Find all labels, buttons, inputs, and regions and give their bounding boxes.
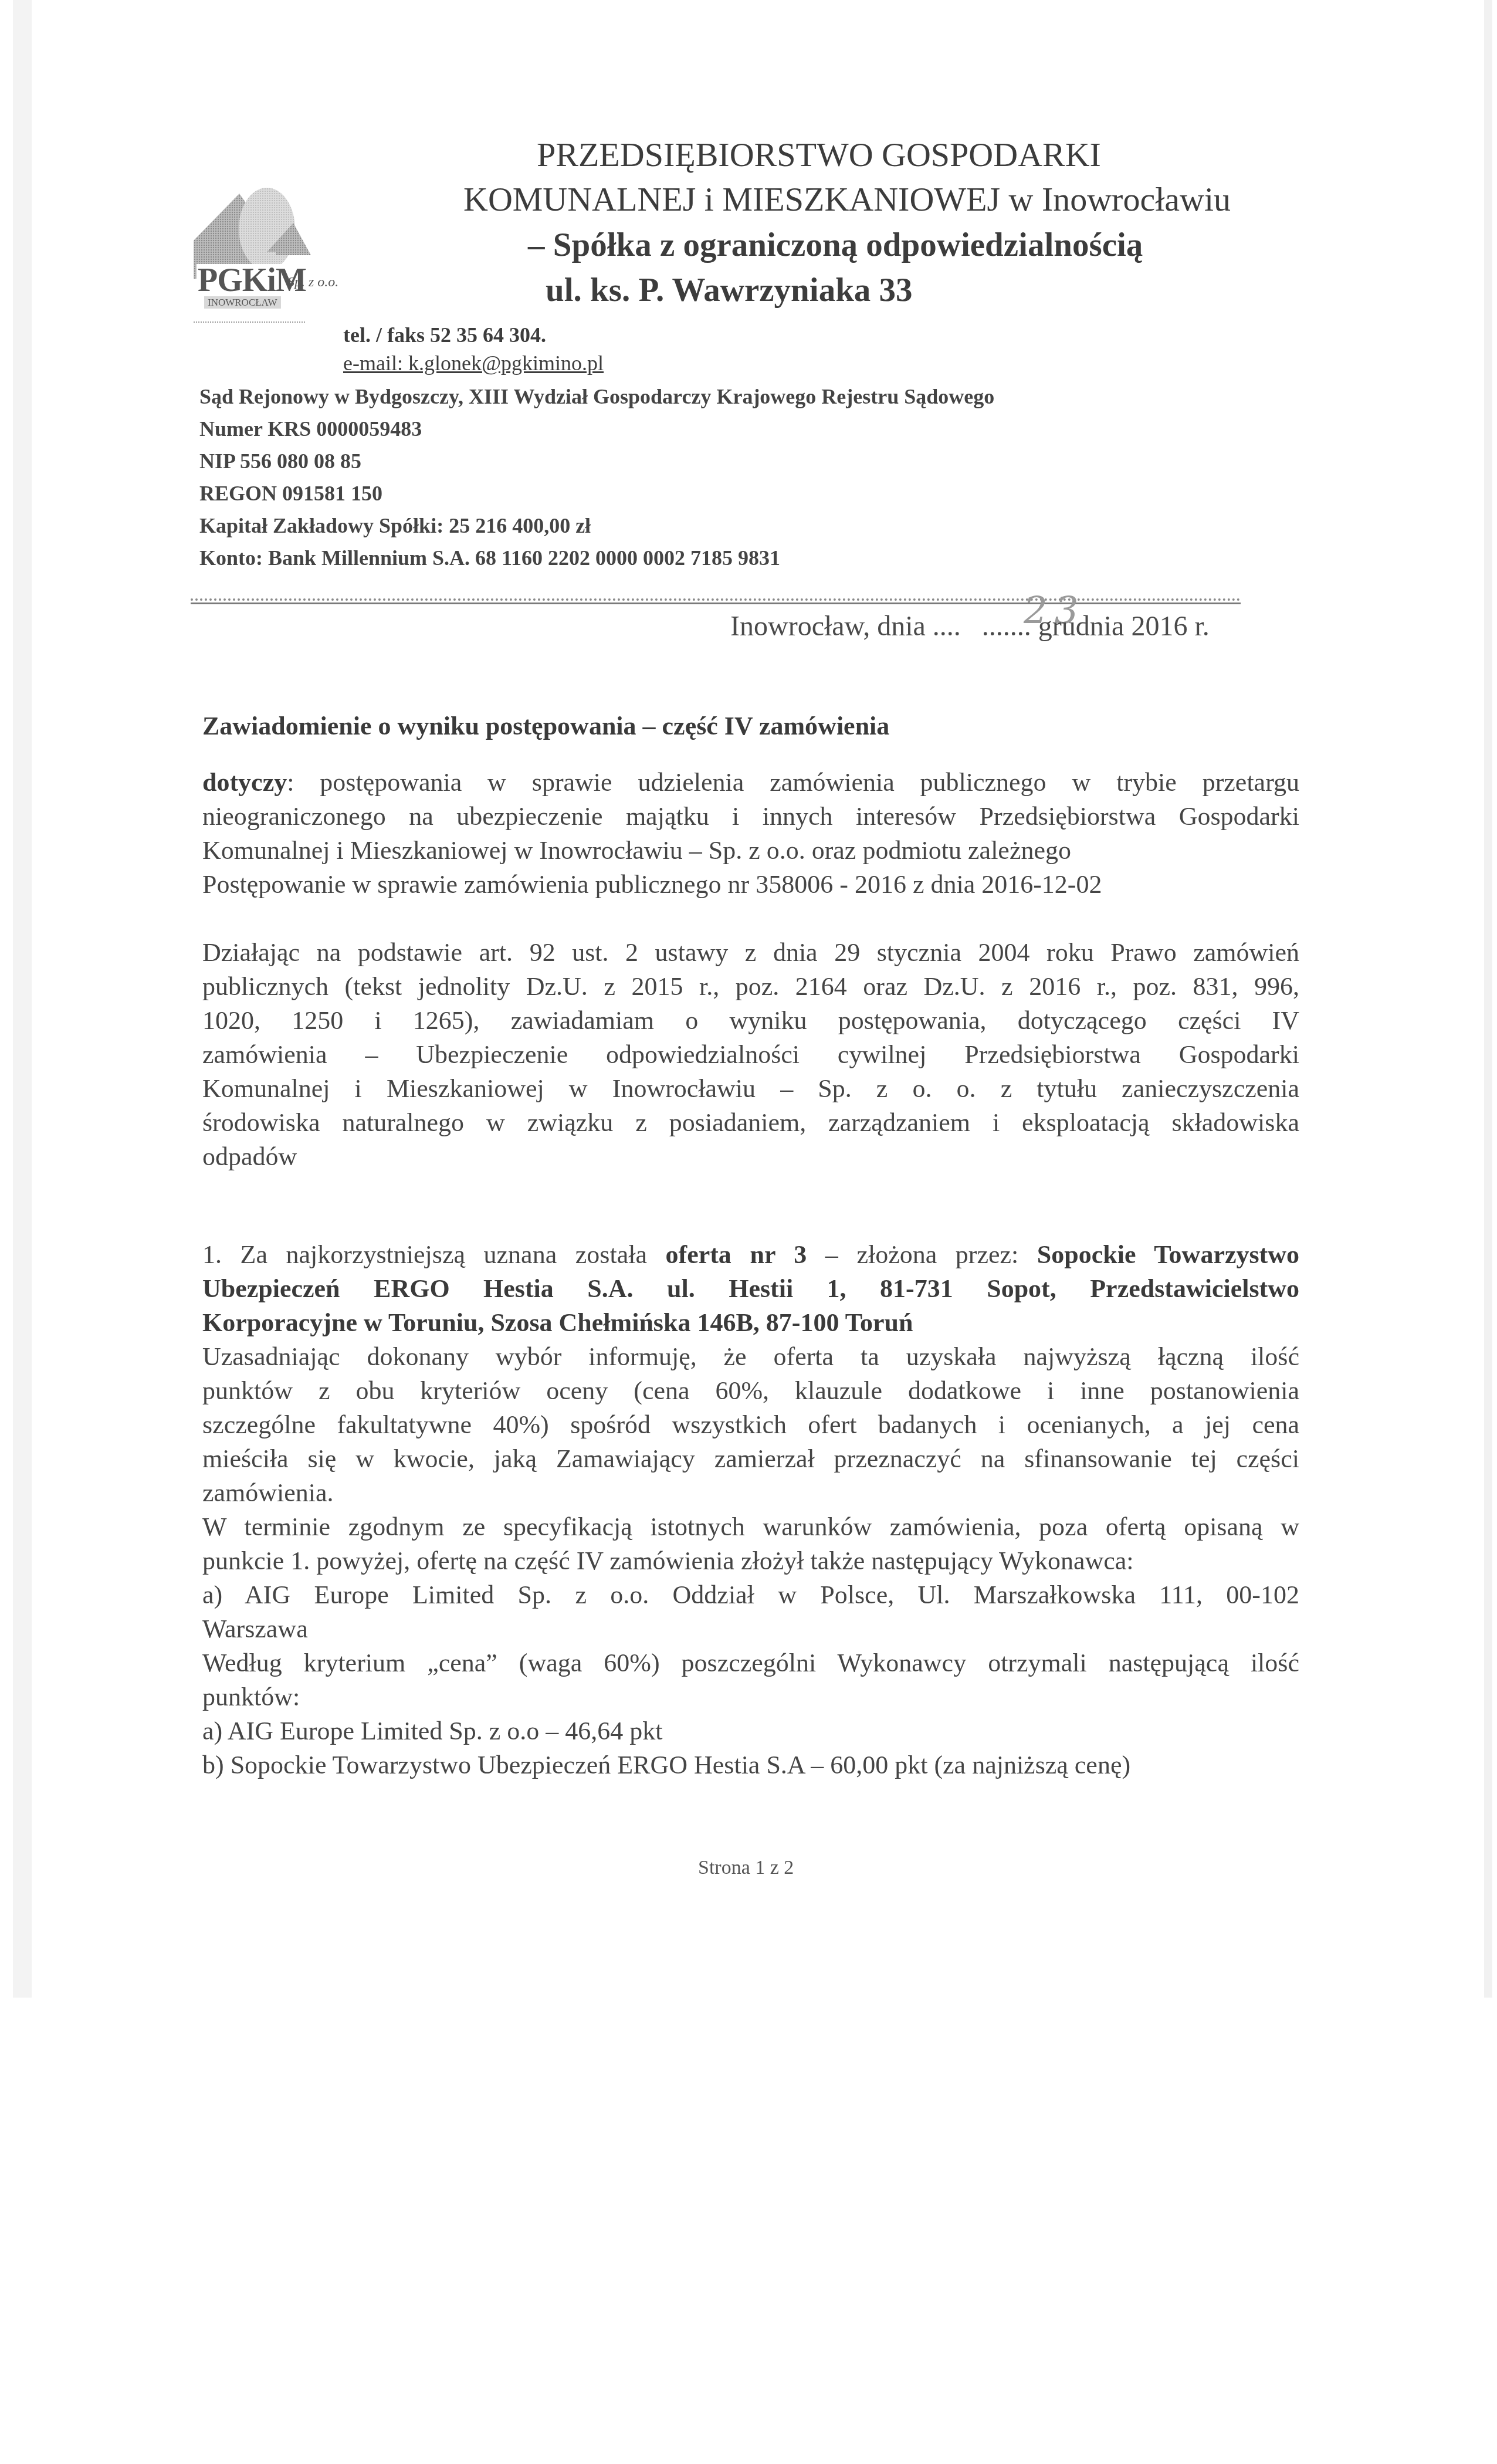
document-title: Zawiadomienie o wyniku postępowania – cz…	[202, 711, 889, 741]
registry-krs: Numer KRS 0000059483	[199, 417, 422, 441]
registry-court: Sąd Rejonowy w Bydgoszczy, XIII Wydział …	[199, 384, 994, 409]
other-offers: W terminie zgodnym ze specyfikacją istot…	[202, 1510, 1299, 1544]
company-address: ul. ks. P. Wawrzyniaka 33	[546, 271, 913, 309]
score-item: a) AIG Europe Limited Sp. z o.o – 46,64 …	[202, 1714, 1299, 1748]
logo-suffix: Sp. z o.o.	[287, 275, 338, 290]
scan-edge-right	[1484, 0, 1492, 1998]
company-name-line-2: KOMUNALNEJ i MIESZKANIOWEJ w Inowrocławi…	[463, 180, 1231, 219]
legal-basis-paragraph: Działając na podstawie art. 92 ust. 2 us…	[202, 936, 1299, 1174]
concerns-label: dotyczy	[202, 768, 287, 797]
winner-name-address: Ubezpieczeń ERGO Hestia S.A. ul. Hestii …	[202, 1274, 1299, 1303]
company-legal-form: – Spółka z ograniczoną odpowiedzialności…	[528, 226, 1143, 264]
winning-offer-number: oferta nr 3	[666, 1240, 807, 1269]
concerns-paragraph: dotyczy: postępowania w sprawie udzielen…	[202, 766, 1299, 902]
logo-city: INOWROCŁAW	[204, 296, 281, 309]
registry-regon: REGON 091581 150	[199, 481, 382, 506]
place-date-line: Inowrocław, dnia ........... grudnia 201…	[730, 610, 1210, 642]
result-section: 1. Za najkorzystniejszą uznana została o…	[202, 1238, 1299, 1782]
registry-capital: Kapitał Zakładowy Spółki: 25 216 400,00 …	[199, 513, 591, 538]
registry-nip: NIP 556 080 08 85	[199, 449, 361, 473]
company-phone: tel. / faks 52 35 64 304.	[343, 323, 546, 347]
justification: Uzasadniając dokonany wybór informuję, ż…	[202, 1340, 1299, 1374]
logo-divider	[194, 321, 305, 323]
score-item: b) Sopockie Towarzystwo Ubezpieczeń ERGO…	[202, 1748, 1299, 1782]
company-email-link[interactable]: e-mail: k.glonek@pgkimino.pl	[343, 351, 604, 375]
page-number: Strona 1 z 2	[698, 1857, 794, 1879]
winner-statement: 1. Za najkorzystniejszą uznana została o…	[202, 1238, 1299, 1272]
registry-bank-account: Konto: Bank Millennium S.A. 68 1160 2202…	[199, 546, 780, 570]
price-criterion: Według kryterium „cena” (waga 60%) poszc…	[202, 1646, 1299, 1680]
company-logo: PGKiM INOWROCŁAW Sp. z o.o.	[194, 176, 311, 311]
company-name-line-1: PRZEDSIĘBIORSTWO GOSPODARKI	[537, 135, 1101, 174]
other-bidder: a) AIG Europe Limited Sp. z o.o. Oddział…	[202, 1578, 1299, 1612]
scan-edge-left	[13, 0, 32, 1998]
